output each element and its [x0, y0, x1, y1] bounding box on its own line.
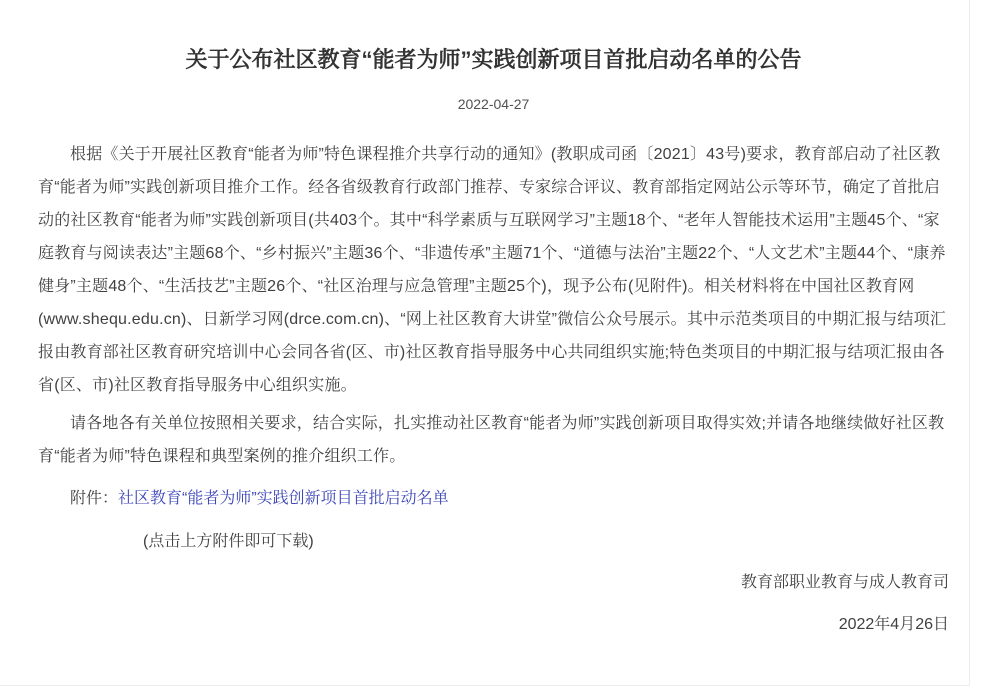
announcement-document: 关于公布社区教育“能者为师”实践创新项目首批启动名单的公告 2022-04-27… — [0, 0, 970, 686]
attachment-note: (点击上方附件即可下载) — [143, 525, 949, 558]
signature-department: 教育部职业教育与成人教育司 — [38, 566, 949, 599]
paragraph-request: 请各地各有关单位按照相关要求，结合实际，扎实推动社区教育“能者为师”实践创新项目… — [38, 407, 949, 473]
signature-date: 2022年4月26日 — [38, 608, 949, 641]
paragraph-main: 根据《关于开展社区教育“能者为师”特色课程推介共享行动的通知》(教职成司函〔20… — [38, 138, 949, 402]
publish-date: 2022-04-27 — [38, 95, 949, 113]
attachment-download-link[interactable]: 社区教育“能者为师”实践创新项目首批启动名单 — [118, 490, 449, 507]
attachment-label: 附件： — [70, 490, 118, 507]
page-title: 关于公布社区教育“能者为师”实践创新项目首批启动名单的公告 — [38, 45, 949, 75]
attachment-line: 附件：社区教育“能者为师”实践创新项目首批启动名单 — [38, 482, 949, 515]
